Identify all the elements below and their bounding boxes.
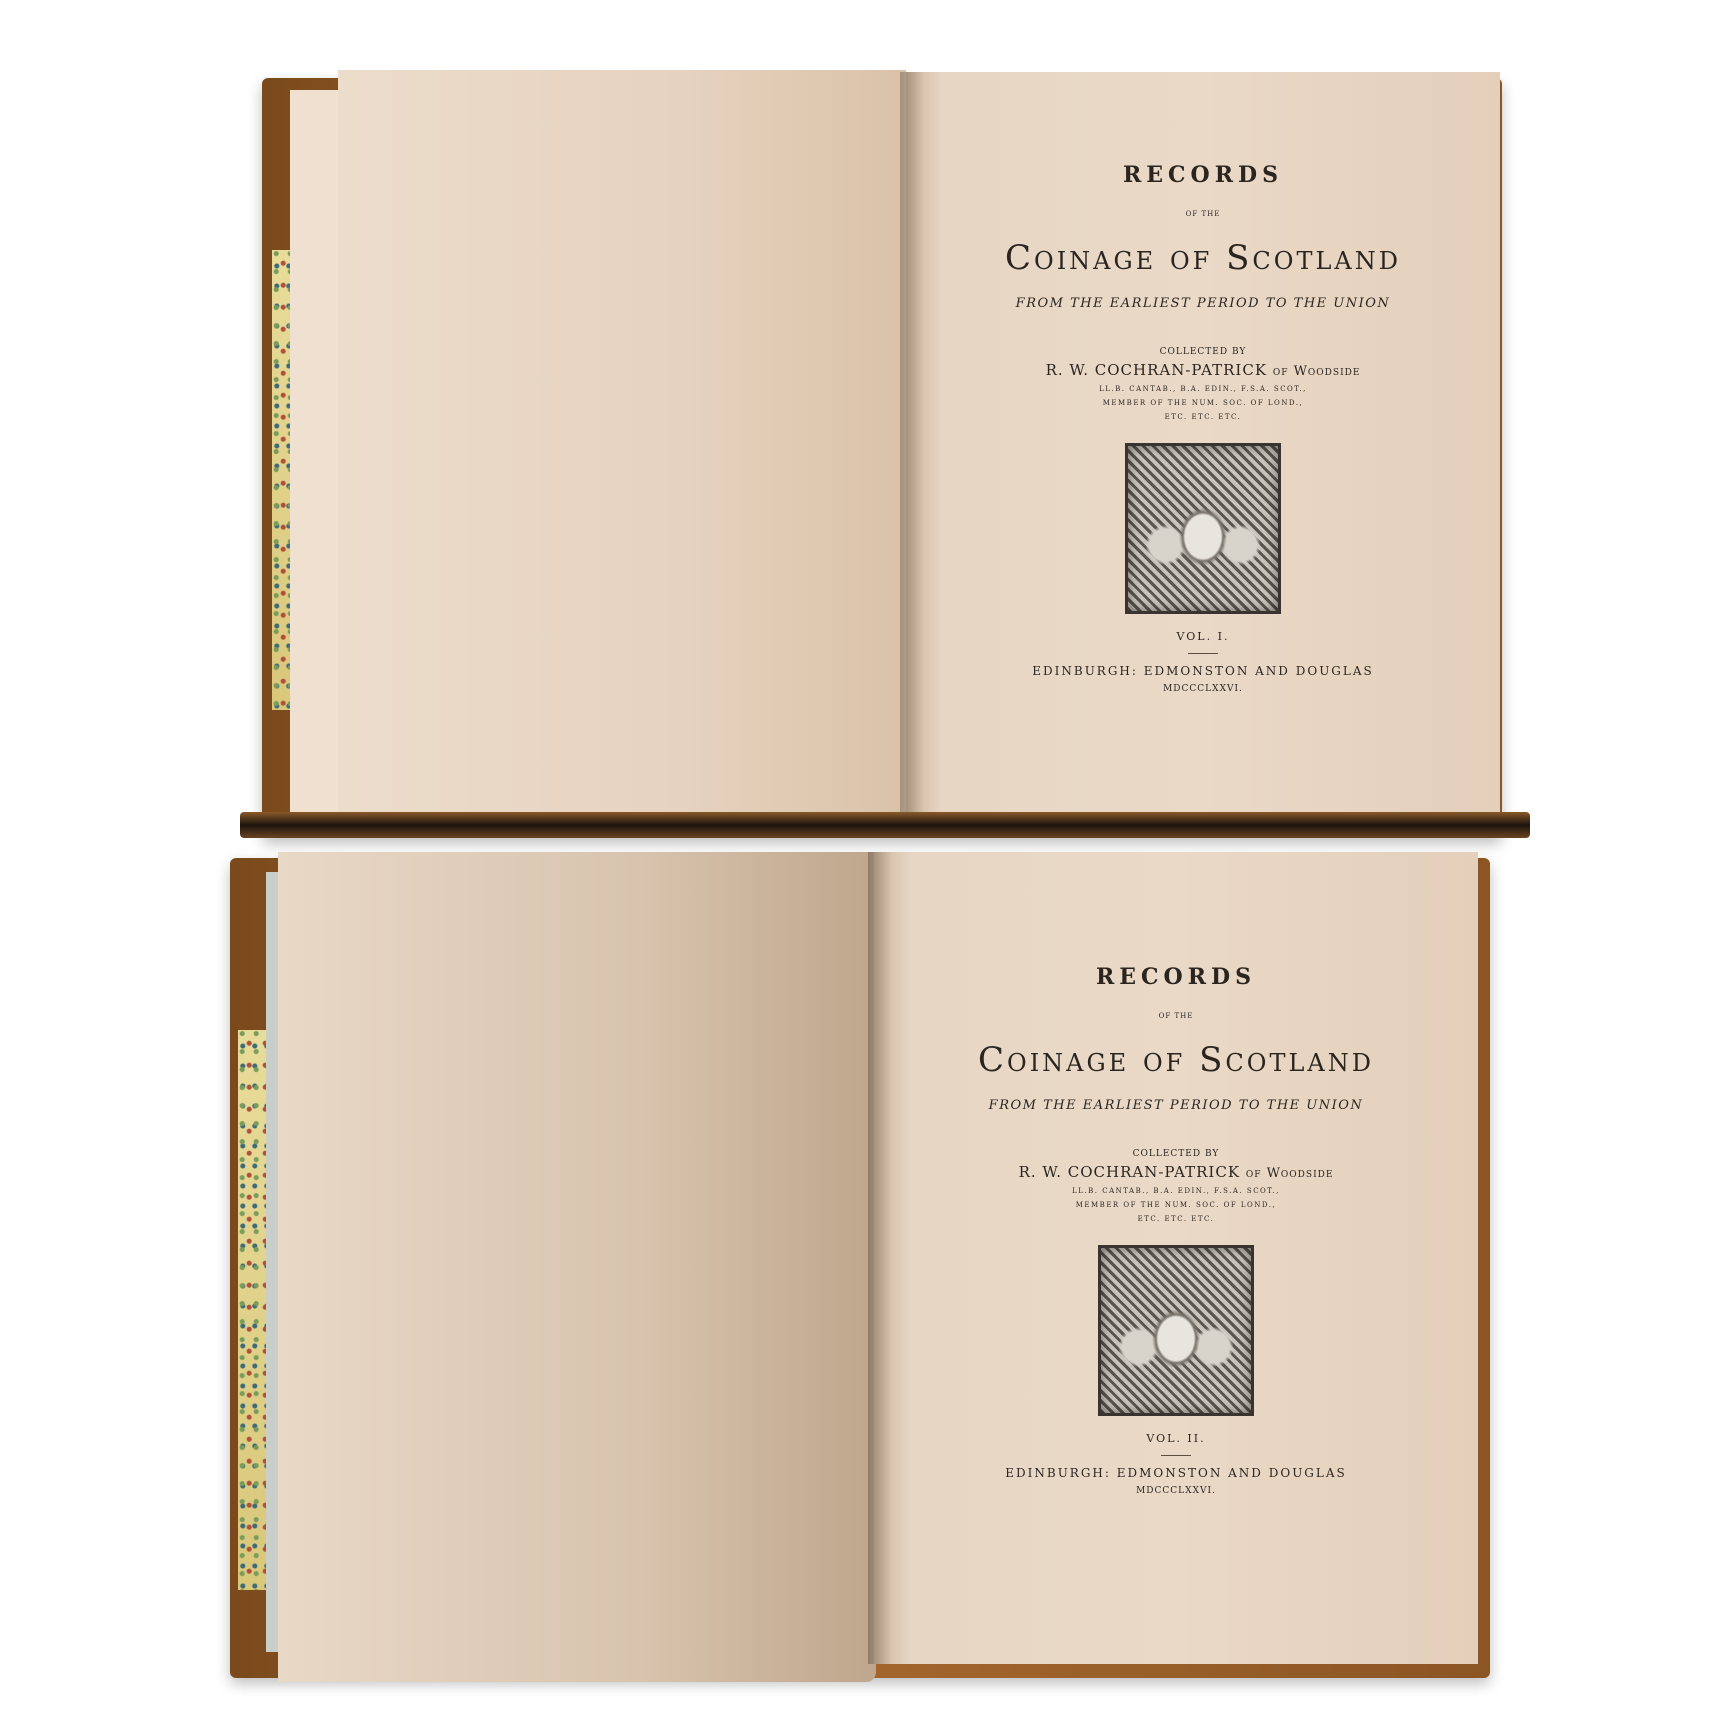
title-records: RECORDS — [874, 964, 1478, 990]
author-degrees: LL.B. CANTAB., B.A. EDIN., F.S.A. SCOT., — [906, 385, 1500, 393]
collected-by: COLLECTED BY — [874, 1149, 1478, 1159]
publication-year: MDCCCLXXVI. — [906, 684, 1500, 694]
title-page-text-1: RECORDS OF THE Coinage of Scotland FROM … — [906, 162, 1500, 694]
title-page-text-2: RECORDS OF THE Coinage of Scotland FROM … — [874, 964, 1478, 1496]
volume-number: VOL. II. — [874, 1432, 1478, 1445]
divider-rule — [1161, 1455, 1191, 1456]
author-line: R. W. COCHRAN-PATRICK of Woodside — [906, 361, 1500, 379]
publication-year: MDCCCLXXVI. — [874, 1486, 1478, 1496]
author-suffix: of Woodside — [1273, 364, 1361, 379]
royal-arms-crest-icon — [1098, 1245, 1254, 1416]
author-line: R. W. COCHRAN-PATRICK of Woodside — [874, 1163, 1478, 1181]
collected-by: COLLECTED BY — [906, 347, 1500, 357]
title-main: Coinage of Scotland — [906, 238, 1500, 278]
subtitle: FROM THE EARLIEST PERIOD TO THE UNION — [906, 296, 1500, 311]
book-edge-seam — [240, 812, 1530, 838]
title-of-the: OF THE — [906, 210, 1500, 218]
author-degrees: LL.B. CANTAB., B.A. EDIN., F.S.A. SCOT., — [874, 1187, 1478, 1195]
title-of-the: OF THE — [874, 1012, 1478, 1020]
publisher: EDINBURGH: EDMONSTON AND DOUGLAS — [906, 664, 1500, 678]
volume-number: VOL. I. — [906, 630, 1500, 643]
left-page-blank — [278, 852, 876, 1682]
author-name: R. W. COCHRAN-PATRICK — [1019, 1163, 1240, 1181]
author-etc: ETC. ETC. ETC. — [874, 1215, 1478, 1223]
publisher: EDINBURGH: EDMONSTON AND DOUGLAS — [874, 1466, 1478, 1480]
royal-arms-crest-icon — [1125, 443, 1281, 614]
title-main: Coinage of Scotland — [874, 1040, 1478, 1080]
title-records: RECORDS — [906, 162, 1500, 188]
divider-rule — [1188, 653, 1218, 654]
author-etc: ETC. ETC. ETC. — [906, 413, 1500, 421]
author-name: R. W. COCHRAN-PATRICK — [1046, 361, 1267, 379]
left-page-blank — [338, 70, 906, 828]
author-membership: MEMBER OF THE NUM. SOC. OF LOND., — [906, 399, 1500, 407]
author-membership: MEMBER OF THE NUM. SOC. OF LOND., — [874, 1201, 1478, 1209]
author-suffix: of Woodside — [1246, 1166, 1334, 1181]
subtitle: FROM THE EARLIEST PERIOD TO THE UNION — [874, 1098, 1478, 1113]
